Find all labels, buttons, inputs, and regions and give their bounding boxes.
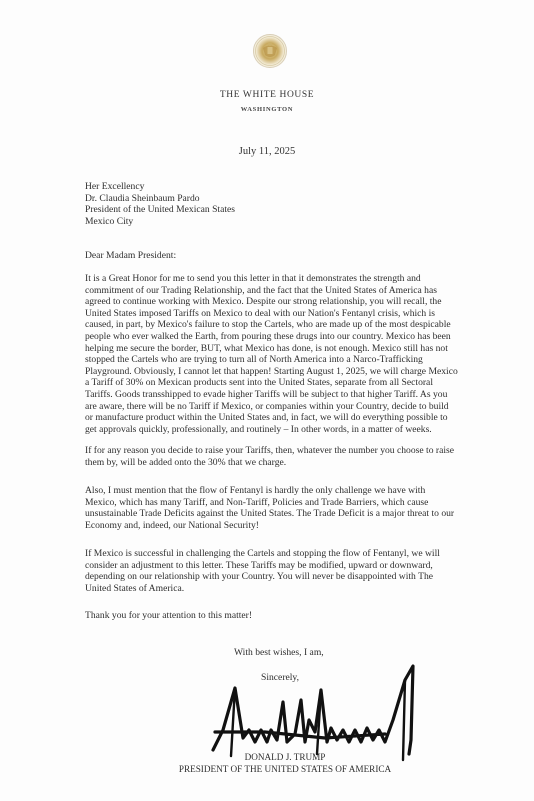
paragraph-4: If Mexico is successful in challenging t… <box>85 548 440 594</box>
recipient-address: Her Excellency Dr. Claudia Sheinbaum Par… <box>85 181 235 227</box>
recipient-line: Mexico City <box>85 216 235 228</box>
signer-title: PRESIDENT OF THE UNITED STATES OF AMERIC… <box>0 764 534 774</box>
closing-line: With best wishes, I am, <box>234 647 324 658</box>
text-line: unsustainable Trade Deficits against the… <box>85 508 454 520</box>
text-line: caused, in part, by Mexico's failure to … <box>85 319 458 331</box>
paragraph-2: If for any reason you decide to raise yo… <box>85 445 454 468</box>
letter-page: THE WHITE HOUSE WASHINGTON July 11, 2025… <box>0 0 534 801</box>
text-line: stopped the Cartels who are trying to tu… <box>85 354 458 366</box>
paragraph-1: It is a Great Honor for me to send you t… <box>85 273 458 435</box>
signer-name: DONALD J. TRUMP <box>0 752 534 762</box>
text-line: Economy and, indeed, our National Securi… <box>85 520 454 532</box>
text-line: depending on our relationship with your … <box>85 571 440 583</box>
text-line: consider an adjustment to this letter. T… <box>85 560 440 572</box>
text-line: helping me secure the border, BUT, what … <box>85 343 458 355</box>
recipient-line: President of the United Mexican States <box>85 204 235 216</box>
text-line: If for any reason you decide to raise yo… <box>85 445 454 457</box>
letter-date: July 11, 2025 <box>0 146 534 157</box>
recipient-line: Her Excellency <box>85 181 235 193</box>
text-line: It is a Great Honor for me to send you t… <box>85 273 458 285</box>
handwritten-signature-icon <box>205 660 427 765</box>
text-line: If Mexico is successful in challenging t… <box>85 548 440 560</box>
text-line: a Tariff of 30% on Mexican products sent… <box>85 377 458 389</box>
text-line: Thank you for your attention to this mat… <box>85 610 252 622</box>
text-line: Playground. Obviously, I cannot let that… <box>85 366 458 378</box>
text-line: agreed to continue working with Mexico. … <box>85 296 458 308</box>
paragraph-3: Also, I must mention that the flow of Fe… <box>85 485 454 531</box>
text-line: are aware, there will be no Tariff if Me… <box>85 401 458 413</box>
text-line: United States of America. <box>85 583 440 595</box>
text-line: or manufacture product within the United… <box>85 412 458 424</box>
salutation: Dear Madam President: <box>85 250 176 262</box>
text-line: get approvals quickly, professionally, a… <box>85 424 458 436</box>
text-line: people who ever walked the Earth, from p… <box>85 331 458 343</box>
letterhead-subtitle: WASHINGTON <box>0 106 534 113</box>
text-line: United States imposed Tariffs on Mexico … <box>85 308 458 320</box>
text-line: commitment of our Trading Relationship, … <box>85 285 458 297</box>
text-line: Tariffs. Goods transshipped to evade hig… <box>85 389 458 401</box>
presidential-seal-icon <box>253 34 287 68</box>
text-line: Mexico, which has many Tariff, and Non-T… <box>85 497 454 509</box>
text-line: them by, will be added onto the 30% that… <box>85 457 454 469</box>
recipient-line: Dr. Claudia Sheinbaum Pardo <box>85 193 235 205</box>
paragraph-5: Thank you for your attention to this mat… <box>85 610 252 622</box>
letterhead-title: THE WHITE HOUSE <box>0 90 534 100</box>
text-line: Also, I must mention that the flow of Fe… <box>85 485 454 497</box>
